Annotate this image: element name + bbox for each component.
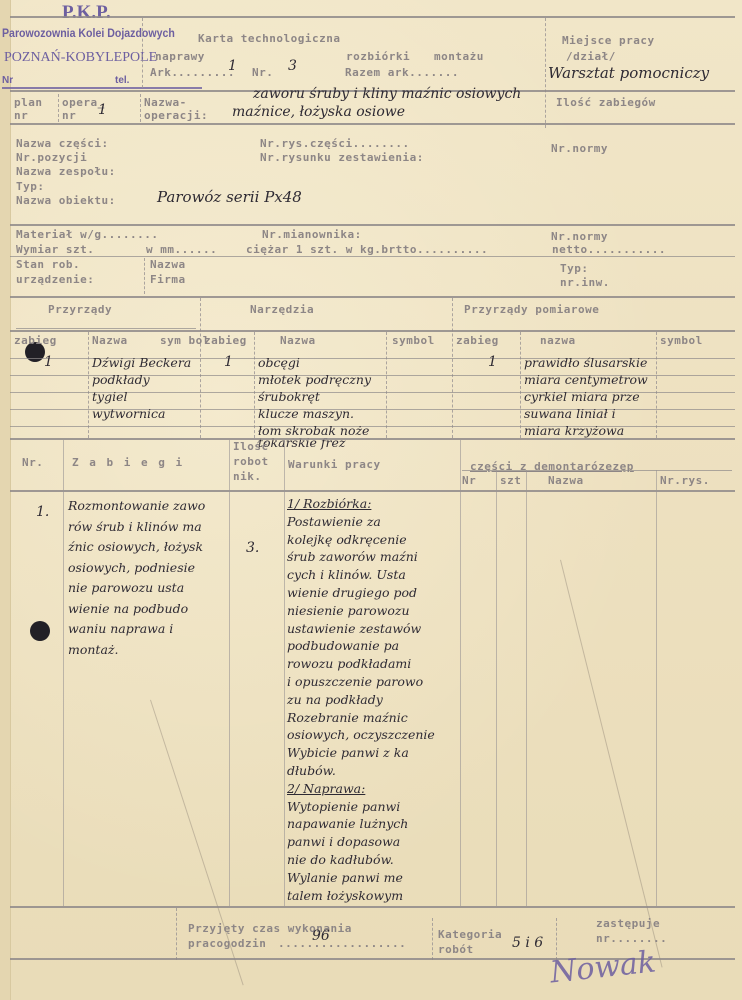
tool-col-header: Nazwa	[92, 334, 128, 347]
plan-nr-label: nr	[14, 109, 28, 122]
rule-vertical	[452, 298, 453, 438]
nr-rys-czesci-label: Nr.rys.części........	[260, 137, 410, 150]
narzedzie-zabieg[interactable]: 1	[224, 354, 233, 370]
rozbiorki-label: rozbiórki	[346, 50, 410, 63]
stamp-nr-label: Nr	[2, 75, 13, 86]
handwritten-line: wienie na podbudo	[68, 599, 205, 620]
rule	[10, 330, 735, 332]
handwritten-line: montaż.	[68, 640, 205, 661]
rule	[10, 16, 735, 18]
rule-vertical	[142, 18, 143, 88]
czesci-szt-label: szt	[500, 474, 521, 487]
mianownik-label: Nr.mianownika:	[262, 228, 362, 241]
wymiar-label: Wymiar szt.	[16, 243, 94, 256]
rule-vertical	[229, 440, 230, 906]
nr-value[interactable]: 3	[288, 58, 297, 74]
czesci-label: części z demontarózezęp	[470, 460, 634, 473]
handwritten-line: osiowych, oczyszczenie	[287, 725, 435, 743]
nazwa-operacji-label: Nazwa-	[144, 96, 187, 109]
rule	[10, 438, 735, 440]
handwritten-line: 2/ Naprawa:	[287, 779, 435, 797]
handwritten-line: 1/ Rozbiórka:	[287, 494, 435, 512]
czesci-nr-label: Nr	[462, 474, 476, 487]
rule-vertical	[88, 332, 89, 438]
handwritten-line: panwi i dopasowa	[287, 832, 435, 850]
nazwa-czesci-label: Nazwa części:	[16, 137, 109, 150]
handwritten-line: Rozebranie maźnic	[287, 708, 435, 726]
tool-col-header: zabieg	[14, 334, 57, 347]
w-mm-label: w mm......	[146, 243, 217, 256]
ciezar-label: ciężar 1 szt. w kg.brtto..........	[246, 243, 488, 256]
rule-vertical	[254, 332, 255, 438]
handwritten-line: zu na podkłady	[287, 690, 435, 708]
zabiegi-label: Z a b i e g i	[72, 456, 184, 469]
zastepuje-nr-label: nr........	[596, 932, 667, 945]
nazwa-zespolu-label: Nazwa zespołu:	[16, 165, 116, 178]
przyrzad-nazwa[interactable]: Dźwigi Beckera	[92, 355, 191, 370]
handwritten-line: rów śrub i klinów ma	[68, 517, 205, 538]
steps-nr-label: Nr.	[22, 456, 43, 469]
przyrzad-pomiarowy-nazwa[interactable]: suwana liniał i	[524, 406, 616, 421]
handwritten-line: niesienie parowozu	[287, 601, 435, 619]
rule-vertical	[58, 94, 59, 122]
handwritten-line: Postawienie za	[287, 512, 435, 530]
handwritten-line: podbudowanie pa	[287, 636, 435, 654]
handwritten-line: rowozu podkładami	[287, 654, 435, 672]
step-zabieg-text[interactable]: Rozmontowanie zaworów śrub i klinów maźn…	[68, 496, 205, 660]
rule	[16, 328, 196, 329]
stamp-location: POZNAŃ-KOBYLEPOLE	[4, 50, 157, 66]
handwritten-line: waniu naprawa i	[68, 619, 205, 640]
nazwa-obiektu-value[interactable]: Parowóz serii Px48	[157, 188, 302, 206]
zastepuje-label: zastępuje	[596, 917, 660, 930]
material-nr-normy-label: Nr.normy	[551, 230, 608, 243]
kategoria-label: Kategoria	[438, 928, 502, 941]
handwritten-line: napawanie lużnych	[287, 814, 435, 832]
przyrzad-nazwa[interactable]: podkłady	[92, 372, 150, 387]
rule-vertical	[200, 298, 201, 438]
handwritten-line: Wytopienie panwi	[287, 797, 435, 815]
rule-vertical	[140, 94, 141, 122]
przyrzad-nazwa[interactable]: tygiel	[92, 389, 127, 404]
ilosc-robot-label: Ilość	[233, 440, 269, 453]
nik-label: nik.	[233, 470, 262, 483]
rule-vertical	[460, 440, 461, 906]
urz-typ-label: Typ:	[560, 262, 589, 275]
pracogodzin-label: pracogodzin	[188, 937, 266, 950]
narzedzie-nazwa[interactable]: klucze maszyn.	[258, 406, 354, 421]
rule	[10, 256, 735, 257]
rule-vertical	[144, 258, 145, 294]
przyrzad-pomiarowy-nazwa[interactable]: miara centymetrow	[524, 372, 648, 387]
opera-nr-value[interactable]: 1	[98, 102, 107, 118]
nr-rysunku-label: Nr.rysunku zestawienia:	[260, 151, 424, 164]
stamp-tel-label: tel.	[115, 75, 129, 86]
ilosc-zabiegow-label: Ilość zabiegów	[556, 96, 656, 109]
handwritten-line: nie do kadłubów.	[287, 850, 435, 868]
tool-col-header: symbol	[660, 334, 703, 347]
nazwa-urz-label: Nazwa	[150, 258, 186, 271]
rule-vertical	[284, 440, 285, 906]
paper-edge	[0, 0, 11, 1000]
czesci-nazwa-label: Nazwa	[548, 474, 584, 487]
material-label: Materiał w/g........	[16, 228, 158, 241]
przyrzad-pomiarowy-nazwa[interactable]: prawidło ślusarskie	[524, 355, 647, 370]
tool-col-header: symbol	[392, 334, 435, 347]
razem-label: Razem ark.......	[345, 66, 459, 79]
tool-col-header: zabieg	[204, 334, 247, 347]
narzedzie-nazwa[interactable]: młotek podręczny	[258, 372, 371, 387]
netto-label: netto...........	[552, 243, 666, 256]
stamp-underline	[2, 87, 202, 89]
rule-vertical	[496, 470, 497, 906]
pracogodzin-dots: ..................	[278, 937, 406, 950]
title-line1: Karta technologiczna	[198, 32, 340, 45]
handwritten-line: Wylanie panwi me	[287, 868, 435, 886]
miejsce-label: Miejsce pracy	[562, 34, 655, 47]
robot-label: robot	[233, 455, 269, 468]
handwritten-line: nie parowozu usta	[68, 578, 205, 599]
handwritten-line: ustawienie zestawów	[287, 619, 435, 637]
tool-col-header: Nazwa	[280, 334, 316, 347]
nazwa-operacji-label2: operacji:	[144, 109, 208, 122]
step-warunki-text[interactable]: 1/ Rozbiórka:Postawienie zakolejkę odkrę…	[287, 494, 435, 903]
przyrzad-nazwa[interactable]: wytwornica	[92, 406, 166, 421]
rule-vertical	[432, 918, 433, 960]
przyrzady-title: Przyrządy	[48, 303, 112, 316]
typ-label: Typ:	[16, 180, 45, 193]
stamp-org-name: Parowozownia Kolei Dojazdowych	[2, 28, 175, 40]
rule	[462, 470, 732, 471]
urzadzenie-label: urządzenie:	[16, 273, 94, 286]
narzedzie-nazwa[interactable]: śrubokręt	[258, 389, 320, 404]
pomiarowe-title: Przyrządy pomiarowe	[464, 303, 599, 316]
firma-label: Firma	[150, 273, 186, 286]
handwritten-line: śrub zaworów maźni	[287, 547, 435, 565]
tool-col-header: zabieg	[456, 334, 499, 347]
handwritten-line: cych i klinów. Usta	[287, 565, 435, 583]
tool-col-header: sym bol	[160, 334, 210, 347]
plan-label: plan	[14, 96, 43, 109]
stamp-pkp: P.K.P.	[62, 2, 111, 24]
tool-col-header: nazwa	[540, 334, 576, 347]
przyrzad-zabieg[interactable]: 1	[44, 354, 53, 370]
dzial-label: /dział/	[566, 50, 616, 63]
handwritten-line: osiowych, podniesie	[68, 558, 205, 579]
handwritten-line: wienie drugiego pod	[287, 583, 435, 601]
rule-vertical	[656, 470, 657, 906]
handwritten-line: źnic osiowych, łożysk	[68, 537, 205, 558]
handwritten-line: dłubów.	[287, 761, 435, 779]
rule	[10, 123, 735, 125]
nazwa-obiektu-label: Nazwa obiektu:	[16, 194, 116, 207]
opera-nr-label: nr	[62, 109, 76, 122]
handwritten-line: Rozmontowanie zawo	[68, 496, 205, 517]
kategoria-robot-label: robót	[438, 943, 474, 956]
pracogodzin-value[interactable]: 96	[312, 928, 330, 944]
ark-dots: ........	[178, 66, 235, 79]
nr-label: Nr.	[252, 66, 273, 79]
rule	[10, 224, 735, 226]
przyrzad-pomiarowy-zabieg[interactable]: 1	[488, 354, 497, 370]
narzedzia-title: Narzędzia	[250, 303, 314, 316]
punch-hole	[30, 621, 50, 641]
rule	[10, 490, 735, 492]
rule	[10, 906, 735, 908]
rule-vertical	[656, 332, 657, 438]
rule	[10, 296, 735, 298]
miejsce-value[interactable]: Warsztat pomocniczy	[548, 64, 709, 82]
rule-vertical	[386, 332, 387, 438]
narzedzie-nazwa[interactable]: obcęgi	[258, 355, 300, 370]
nazwa-operacji-value2[interactable]: maźnice, łożyska osiowe	[232, 104, 405, 120]
handwritten-line: talem łożyskowym	[287, 886, 435, 904]
nr-pozycji-label: Nr.pozycji	[16, 151, 87, 164]
przyrzad-pomiarowy-nazwa[interactable]: miara krzyżowa	[524, 423, 624, 438]
nr-inw-label: nr.inw.	[560, 276, 610, 289]
przyrzad-pomiarowy-nazwa[interactable]: cyrkiel miara prze	[524, 389, 640, 404]
ark-label: Ark.	[150, 66, 179, 79]
rule-vertical	[63, 440, 64, 906]
step-nr[interactable]: 1.	[36, 504, 49, 520]
warunki-label: Warunki pracy	[288, 458, 381, 471]
rule	[10, 426, 735, 427]
ark-value[interactable]: 1	[228, 58, 237, 74]
czesci-nrrys-label: Nr.rys.	[660, 474, 710, 487]
montazu-label: montażu	[434, 50, 484, 63]
rule-vertical	[526, 470, 527, 906]
stan-label: Stan rob.	[16, 258, 80, 271]
title-line2: naprawy	[155, 50, 205, 63]
kategoria-value[interactable]: 5 i 6	[512, 935, 543, 951]
nazwa-operacji-value1[interactable]: zaworu śruby i kliny maźnic osiowych	[253, 86, 521, 102]
rule-vertical	[176, 908, 177, 960]
nr-normy-label: Nr.normy	[551, 142, 608, 155]
rule-vertical	[545, 18, 546, 128]
rule-vertical	[520, 332, 521, 438]
handwritten-line: i opuszczenie parowo	[287, 672, 435, 690]
step-ilosc[interactable]: 3.	[246, 540, 259, 556]
handwritten-line: Wybicie panwi z ka	[287, 743, 435, 761]
handwritten-line: kolejkę odkręcenie	[287, 530, 435, 548]
